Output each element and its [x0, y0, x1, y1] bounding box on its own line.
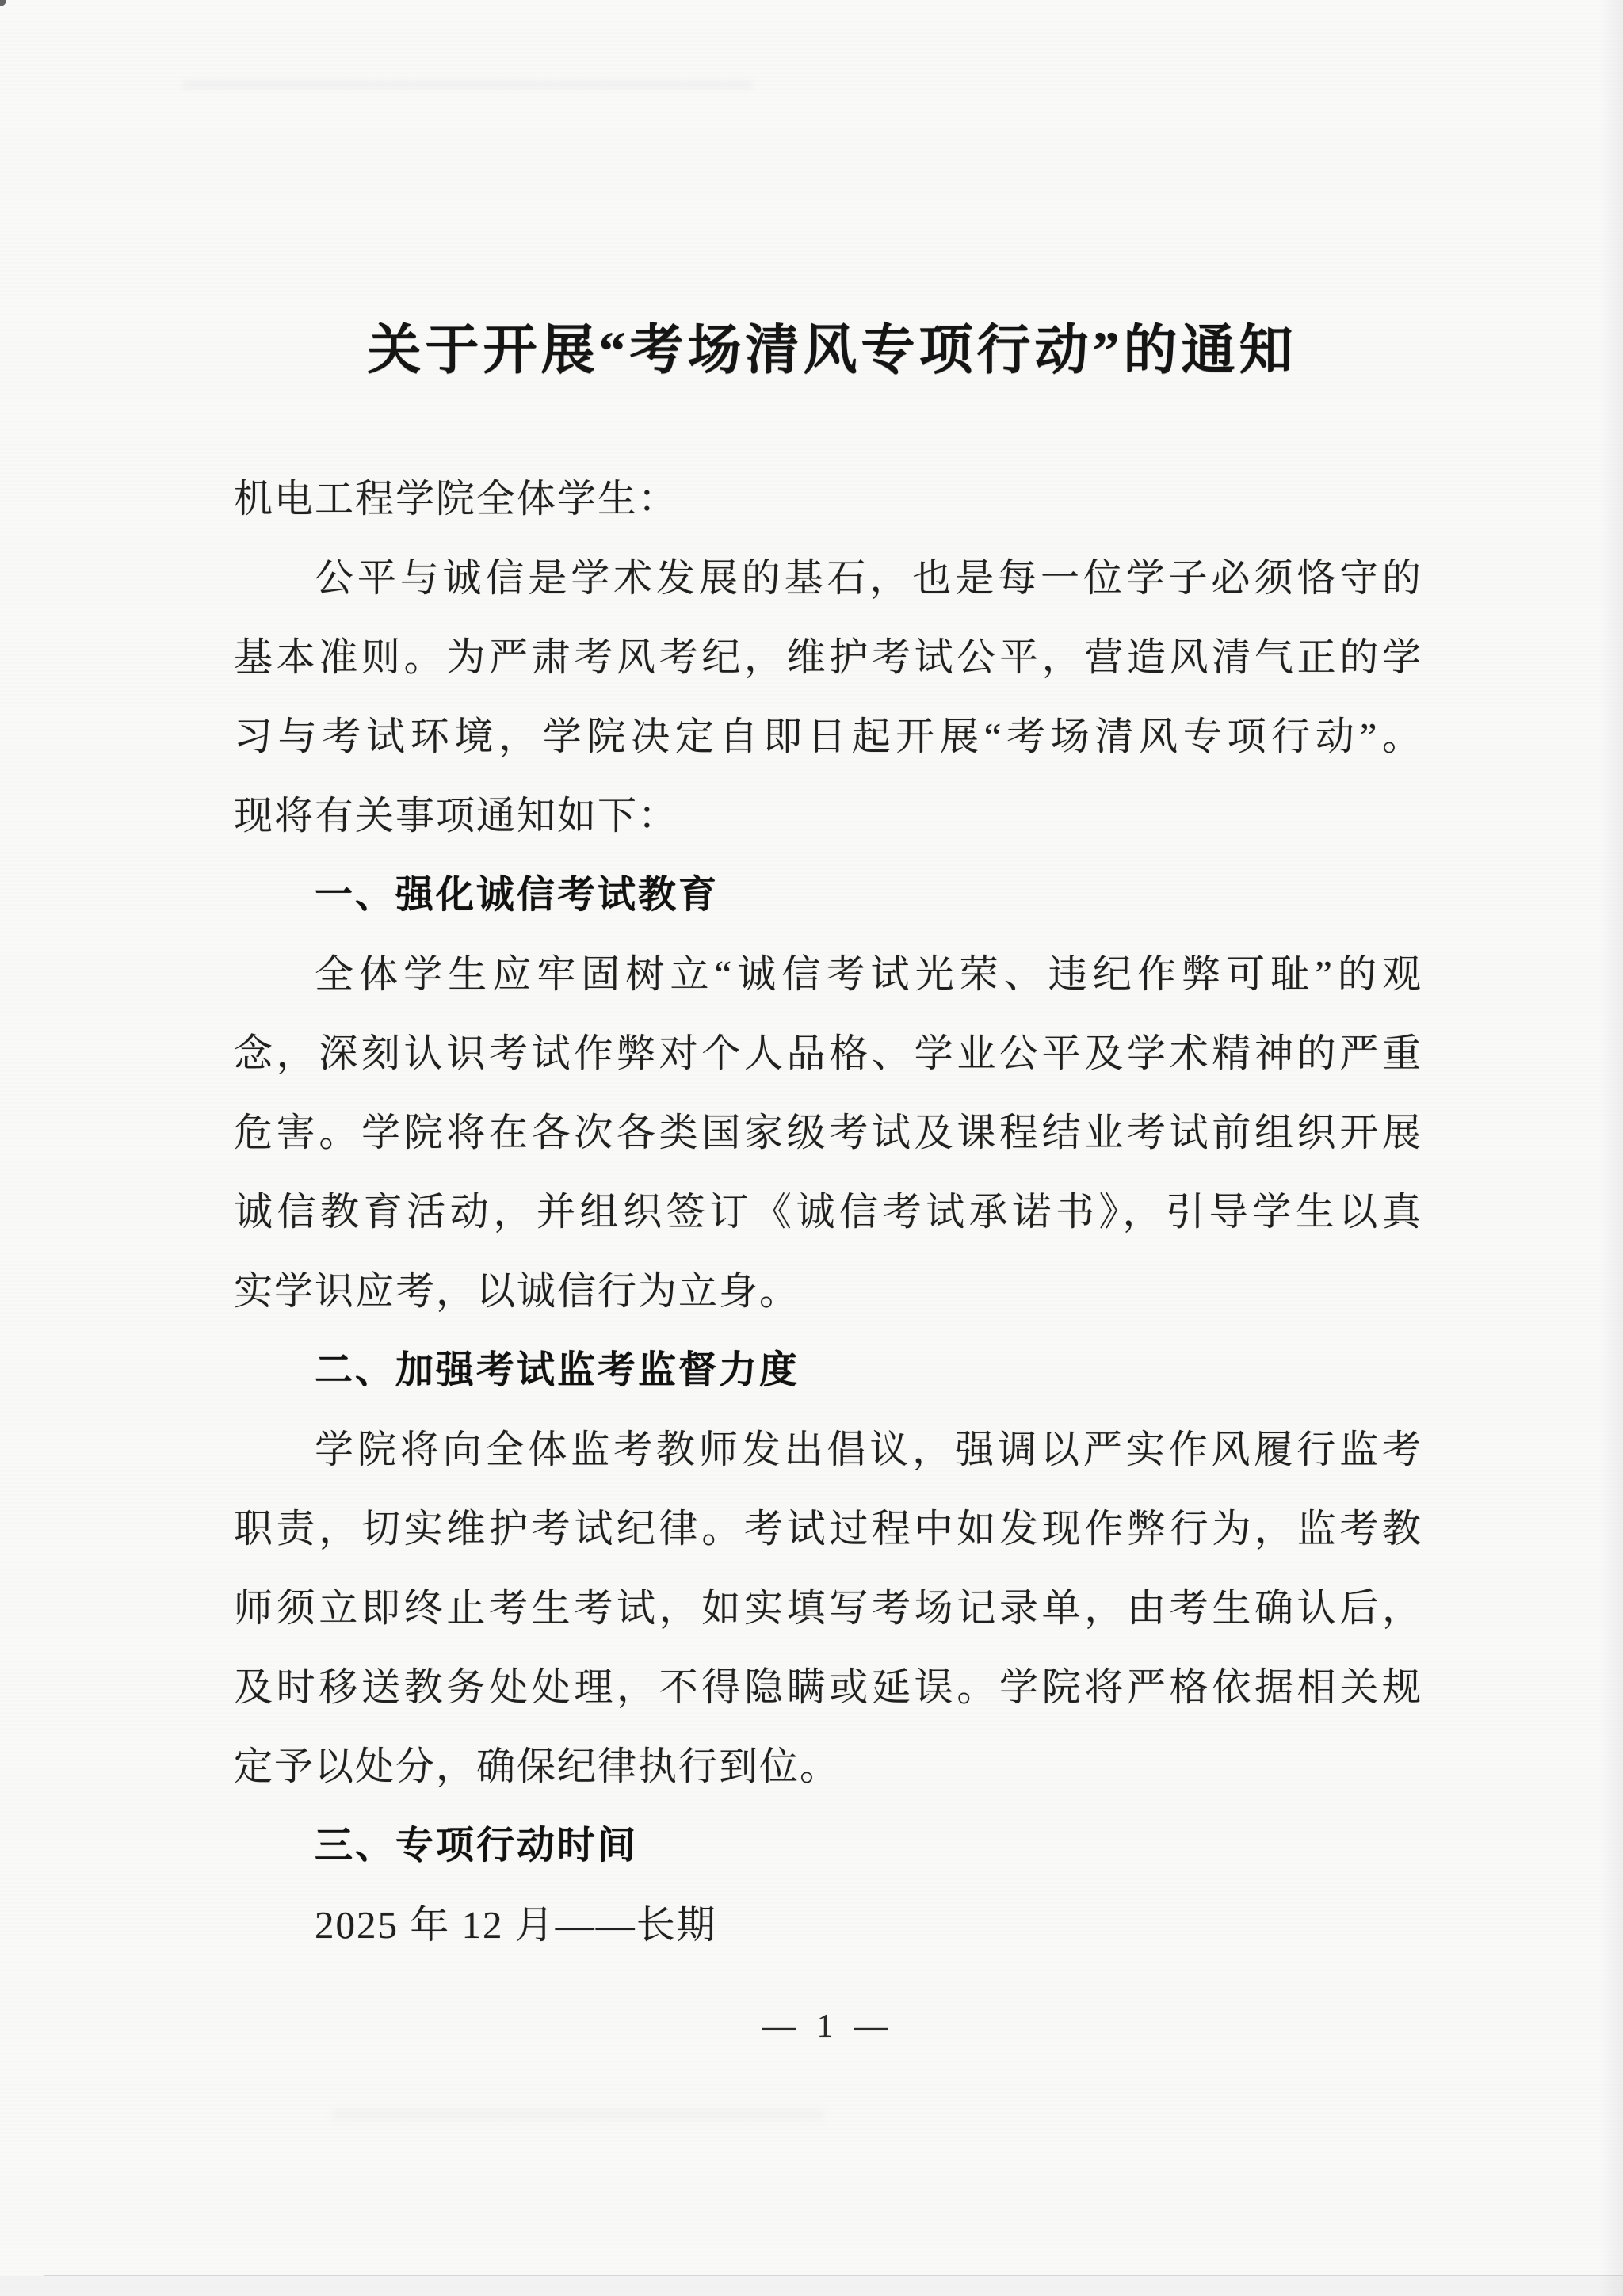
scanned-notice-page: 关于开展“考场清风专项行动”的通知 机电工程学院全体学生： 公平与诚信是学术发展… [0, 0, 1623, 2296]
paragraph-line: 公平与诚信是学术发展的基石，也是每一位学子必须恪守的 [234, 539, 1423, 618]
paragraph-line: 念，深刻认识考试作弊对个人品格、学业公平及学术精神的严重 [234, 1014, 1423, 1093]
paragraph-line: 师须立即终止考生考试，如实填写考场记录单，由考生确认后， [234, 1569, 1423, 1648]
section-3-heading: 三、专项行动时间 [234, 1806, 1423, 1886]
paragraph-line: 习与考试环境，学院决定自即日起开展“考场清风专项行动”。 [234, 697, 1423, 776]
paper-edge-band [0, 2276, 1623, 2296]
scan-corner-mark [0, 0, 6, 6]
paragraph-line: 定予以处分，确保纪律执行到位。 [234, 1727, 1423, 1806]
scan-edge-shadow [1599, 0, 1623, 2296]
date-line: 2025 年 12 月——长期 [234, 1886, 1423, 1965]
section-1-heading: 一、强化诚信考试教育 [234, 856, 1423, 935]
paragraph-line: 诚信教育活动，并组织签订《诚信考试承诺书》，引导学生以真 [234, 1173, 1423, 1252]
scan-smudge [333, 2109, 824, 2120]
paragraph-line: 危害。学院将在各次各类国家级考试及课程结业考试前组织开展 [234, 1093, 1423, 1173]
page-number: — 1 — [234, 2008, 1423, 2046]
paragraph-line: 学院将向全体监考教师发出倡议，强调以严实作风履行监考 [234, 1410, 1423, 1489]
section-2-heading: 二、加强考试监考监督力度 [234, 1331, 1423, 1410]
paragraph-line: 职责，切实维护考试纪律。考试过程中如发现作弊行为，监考教 [234, 1489, 1423, 1569]
paragraph-line: 实学识应考，以诚信行为立身。 [234, 1252, 1423, 1331]
notice-body: 机电工程学院全体学生： 公平与诚信是学术发展的基石，也是每一位学子必须恪守的 基… [234, 460, 1423, 1965]
scan-smudge [182, 81, 753, 89]
paragraph-line: 基本准则。为严肃考风考纪，维护考试公平，营造风清气正的学 [234, 618, 1423, 697]
paragraph-line: 现将有关事项通知如下： [234, 776, 1423, 856]
paragraph-line: 及时移送教务处处理，不得隐瞒或延误。学院将严格依据相关规 [234, 1648, 1423, 1727]
salutation: 机电工程学院全体学生： [234, 460, 1423, 539]
document-title: 关于开展“考场清风专项行动”的通知 [238, 307, 1426, 384]
paragraph-line: 全体学生应牢固树立“诚信考试光荣、违纪作弊可耻”的观 [234, 935, 1423, 1014]
